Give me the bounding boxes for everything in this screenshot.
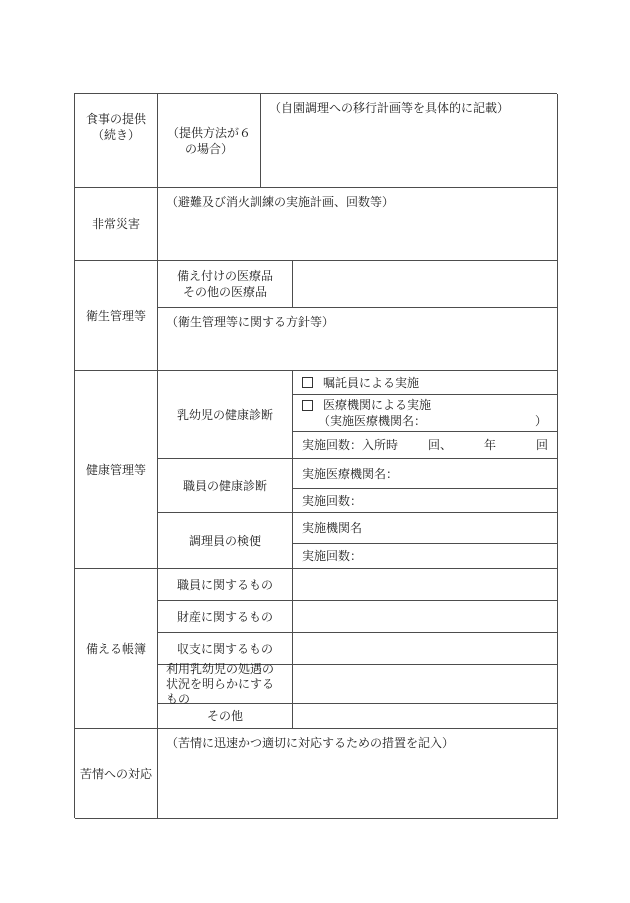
- hygiene-policy-note: （衛生管理等に関する方針等）: [166, 314, 334, 330]
- records-item-label-cell: 職員に関するもの: [158, 569, 293, 601]
- records-section-label-cell: 備える帳簿: [75, 569, 158, 729]
- staff-checkup-label: 職員の健康診断: [183, 478, 267, 494]
- meal-transition-note: （自園調理への移行計画等を具体的に記載）: [269, 100, 509, 116]
- hygiene-supplies-label-cell: 備え付けの医療品 その他の医療品: [158, 261, 293, 308]
- records-item-label: 職員に関するもの: [177, 577, 273, 593]
- complaints-section-label-cell: 苦情への対応: [75, 729, 158, 819]
- records-item-label-cell: 財産に関するもの: [158, 601, 293, 633]
- hygiene-supplies-line2: その他の医療品: [183, 284, 267, 300]
- disaster-section-label-cell: 非常災害: [75, 188, 158, 261]
- checkbox-icon[interactable]: [302, 377, 313, 388]
- records-item-value-cell: [293, 569, 558, 601]
- infant-checkup-frequency-unit2: 年: [484, 437, 496, 453]
- infant-checkup-label-cell: 乳幼児の健康診断: [158, 371, 293, 459]
- records-item-label-cell: その他: [158, 704, 293, 729]
- hygiene-supplies-line1: 備え付けの医療品: [177, 268, 273, 284]
- hygiene-supplies-value-cell: [293, 261, 558, 308]
- health-section-label: 健康管理等: [86, 462, 146, 478]
- cook-stool-test-label-cell: 調理員の検便: [158, 513, 293, 569]
- infant-checkup-frequency-unit3: 回: [536, 437, 548, 453]
- records-item-value-cell: [293, 665, 558, 704]
- complaints-note-cell: （苦情に迅速かつ適切に対応するための措置を記入）: [158, 729, 558, 819]
- meal-transition-note-cell: （自園調理への移行計画等を具体的に記載）: [261, 94, 558, 188]
- infant-checkup-frequency-unit1: 回、: [428, 437, 452, 453]
- records-item-value-cell: [293, 633, 558, 665]
- disaster-section-label: 非常災害: [92, 216, 140, 232]
- infant-checkup-option1-label: 嘱託員による実施: [323, 375, 419, 391]
- infant-checkup-frequency-cell: 実施回数：入所時 回、 年 回: [293, 432, 558, 459]
- staff-checkup-frequency-label: 実施回数：: [302, 493, 362, 509]
- staff-checkup-org-cell: 実施医療機関名：: [293, 459, 558, 489]
- meal-section-label-line1: 食事の提供: [86, 111, 146, 127]
- checkbox-icon[interactable]: [302, 400, 313, 411]
- complaints-note: （苦情に迅速かつ適切に対応するための措置を記入）: [166, 735, 454, 751]
- staff-checkup-org-label: 実施医療機関名：: [302, 466, 398, 482]
- staff-checkup-label-cell: 職員の健康診断: [158, 459, 293, 513]
- meal-condition-line1: （提供方法が６: [167, 125, 251, 141]
- cook-stool-org-cell: 実施機関名: [293, 513, 558, 544]
- form-page: 食事の提供 （続き） （提供方法が６ の場合） （自園調理への移行計画等を具体的…: [0, 0, 630, 903]
- infant-checkup-option2-label: 医療機関による実施: [323, 397, 431, 413]
- health-section-label-cell: 健康管理等: [75, 371, 158, 569]
- meal-section-label-cell: 食事の提供 （続き）: [75, 94, 158, 188]
- cook-stool-frequency-label: 実施回数：: [302, 548, 362, 564]
- meal-condition-line2: の場合）: [185, 141, 233, 157]
- records-item-label: その他: [207, 708, 243, 724]
- hygiene-section-label: 衛生管理等: [86, 308, 146, 324]
- disaster-note-cell: （避難及び消火訓練の実施計画、回数等）: [158, 188, 558, 261]
- hygiene-policy-note-cell: （衛生管理等に関する方針等）: [158, 308, 558, 371]
- records-item-label: 利用乳幼児の処遇の状況を明らかにするもの: [166, 662, 284, 707]
- disaster-note: （避難及び消火訓練の実施計画、回数等）: [166, 194, 394, 210]
- records-item-label-cell: 収支に関するもの: [158, 633, 293, 665]
- records-section-label: 備える帳簿: [86, 641, 146, 657]
- staff-checkup-frequency-cell: 実施回数：: [293, 489, 558, 513]
- infant-checkup-option1-cell: 嘱託員による実施: [293, 371, 558, 395]
- records-item-label-cell: 利用乳幼児の処遇の状況を明らかにするもの: [158, 665, 293, 704]
- meal-condition-cell: （提供方法が６ の場合）: [158, 94, 261, 188]
- records-item-value-cell: [293, 704, 558, 729]
- infant-checkup-org-field-close: ）: [535, 413, 547, 429]
- infant-checkup-option2-cell: 医療機関による実施 （実施医療機関名： ）: [293, 395, 558, 432]
- meal-section-label-line2: （続き）: [92, 127, 140, 143]
- records-item-label: 財産に関するもの: [177, 609, 273, 625]
- complaints-section-label: 苦情への対応: [80, 766, 152, 782]
- cook-stool-org-label: 実施機関名: [302, 520, 362, 536]
- infant-checkup-frequency-prefix: 実施回数：入所時: [302, 437, 398, 453]
- records-item-value-cell: [293, 601, 558, 633]
- hygiene-section-label-cell: 衛生管理等: [75, 261, 158, 371]
- facility-form-table: 食事の提供 （続き） （提供方法が６ の場合） （自園調理への移行計画等を具体的…: [74, 93, 557, 818]
- infant-checkup-org-field-label: （実施医療機関名：: [318, 413, 426, 429]
- cook-stool-frequency-cell: 実施回数：: [293, 544, 558, 569]
- cook-stool-test-label: 調理員の検便: [189, 533, 261, 549]
- records-item-label: 収支に関するもの: [177, 641, 273, 657]
- infant-checkup-label: 乳幼児の健康診断: [177, 407, 273, 423]
